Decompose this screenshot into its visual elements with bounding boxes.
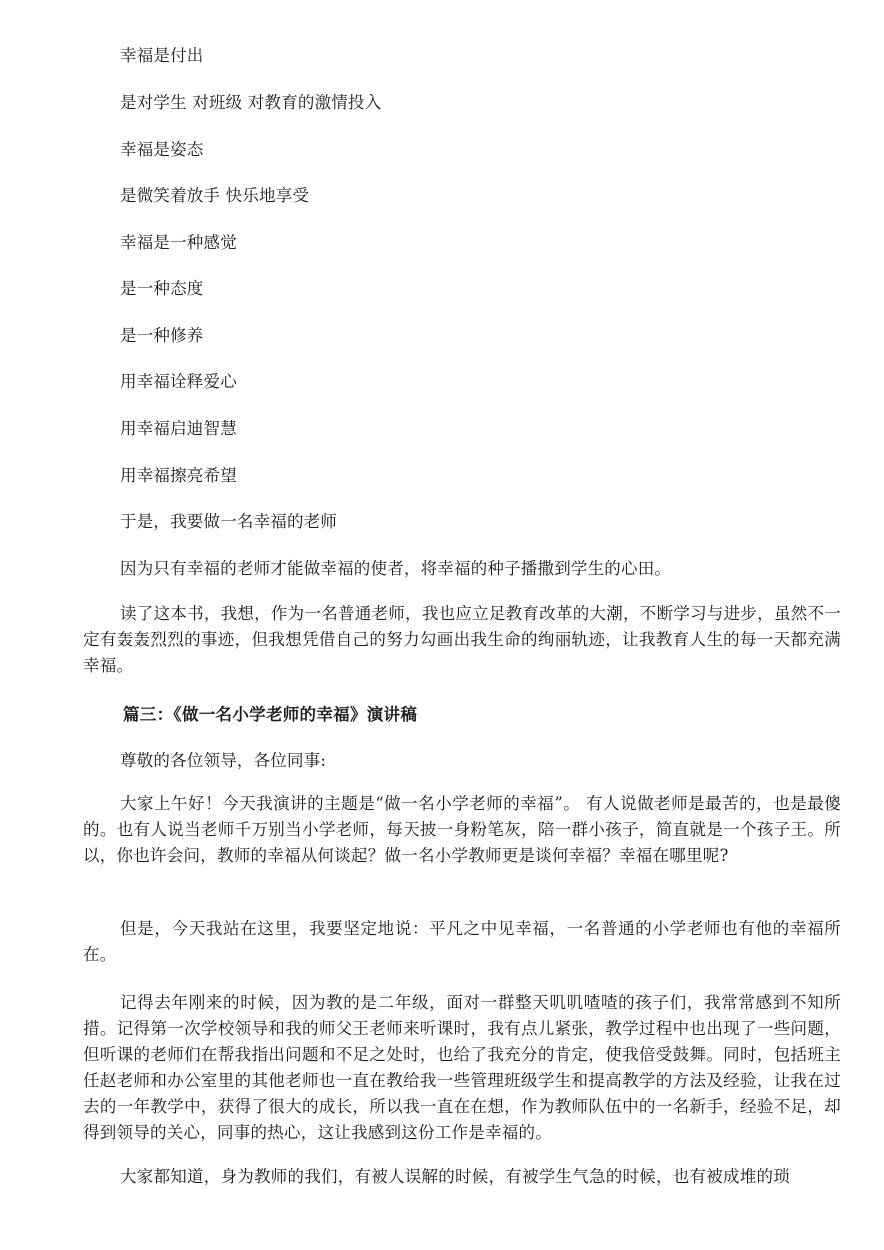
poem-line: 用幸福诠释爱心 bbox=[120, 372, 237, 392]
paragraph: 记得去年刚来的时候，因为教的是二年级，面对一群整天叽叽喳喳的孩子们，我常常感到不… bbox=[83, 990, 841, 1146]
paragraph: 但是，今天我站在这里，我要坚定地说：平凡之中见幸福，一名普通的小学老师也有他的幸… bbox=[83, 916, 841, 968]
paragraph-reading-reflection: 读了这本书，我想，作为一名普通老师，我也应立足教育改革的大潮，不断学习与进步，虽… bbox=[83, 601, 841, 679]
poem-line: 用幸福启迪智慧 bbox=[120, 419, 237, 439]
poem-line: 用幸福擦亮希望 bbox=[120, 466, 237, 486]
poem-line: 是一种修养 bbox=[120, 326, 204, 346]
speech-greeting: 尊敬的各位领导，各位同事: bbox=[120, 751, 326, 771]
poem-line: 是对学生 对班级 对教育的激情投入 bbox=[120, 93, 381, 113]
section-heading: 篇三：《做一名小学老师的幸福》演讲稿 bbox=[123, 705, 417, 725]
poem-line: 于是，我要做一名幸福的老师 bbox=[120, 512, 337, 532]
poem-line: 幸福是付出 bbox=[120, 46, 204, 66]
poem-line: 因为只有幸福的老师才能做幸福的使者，将幸福的种子播撒到学生的心田。 bbox=[120, 559, 671, 579]
poem-line: 是微笑着放手 快乐地享受 bbox=[120, 186, 309, 206]
paragraph: 大家都知道，身为教师的我们，有被人误解的时候，有被学生气急的时候，也有被成堆的琐 bbox=[83, 1164, 841, 1190]
paragraph: 大家上午好！今天我演讲的主题是“做一名小学老师的幸福”。 有人说做老师是最苦的，… bbox=[83, 791, 841, 869]
poem-line: 幸福是一种感觉 bbox=[120, 233, 237, 253]
poem-line: 幸福是姿态 bbox=[120, 140, 204, 160]
poem-line: 是一种态度 bbox=[120, 279, 204, 299]
